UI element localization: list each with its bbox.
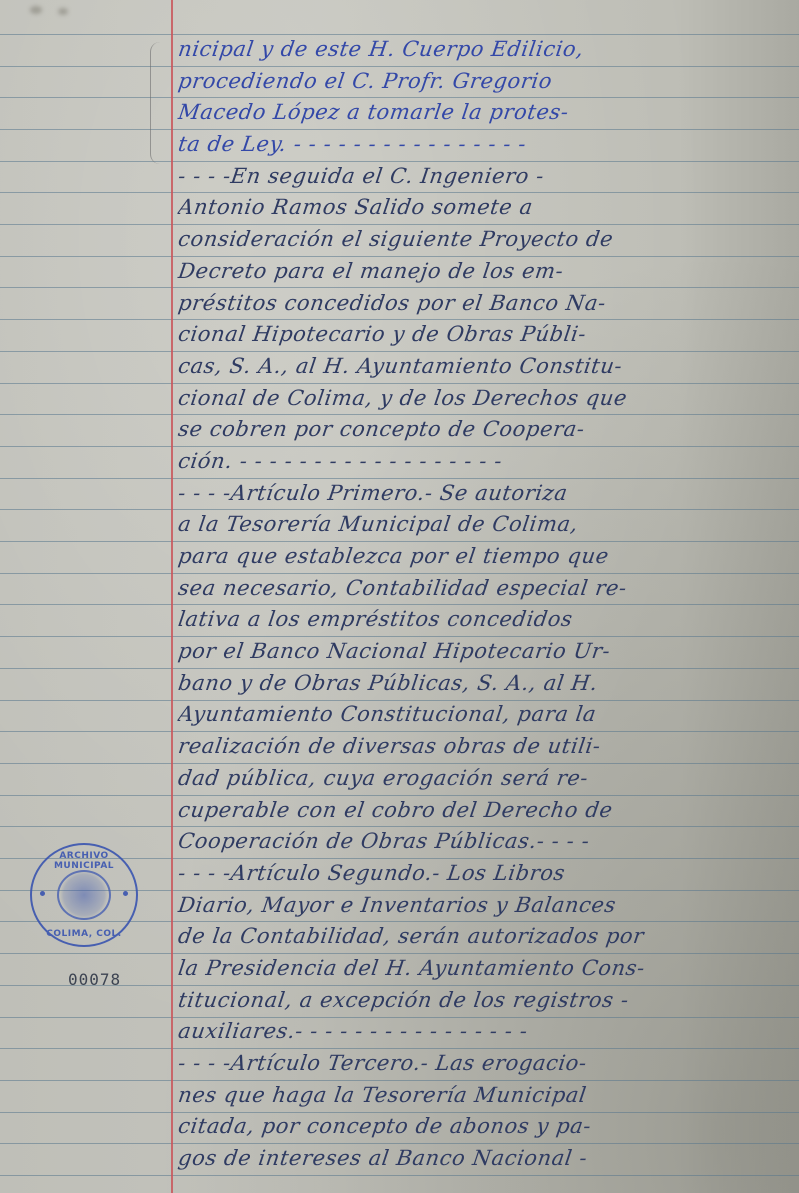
- handwritten-line: sea necesario, Contabilidad especial re-: [176, 573, 799, 605]
- archive-folio-number: 00078: [68, 970, 121, 989]
- handwritten-line: Antonio Ramos Salido somete a: [176, 192, 799, 224]
- handwritten-line: Ayuntamiento Constitucional, para la: [176, 699, 799, 731]
- handwritten-line: Diario, Mayor e Inventarios y Balances: [176, 890, 799, 922]
- handwritten-line: - - - -Artículo Segundo.- Los Libros: [176, 858, 799, 890]
- stamp-top-text: ARCHIVO MUNICIPAL: [32, 851, 136, 871]
- stamp-dot-right: [123, 891, 128, 896]
- handwritten-line: dad pública, cuya erogación será re-: [176, 763, 799, 795]
- handwritten-line: ta de Ley. - - - - - - - - - - - - - - -…: [176, 129, 799, 161]
- ledger-page: nicipal y de este H. Cuerpo Edilicio,pro…: [0, 0, 799, 1193]
- handwritten-line: Cooperación de Obras Públicas.- - - -: [176, 826, 799, 858]
- handwritten-line: cuperable con el cobro del Derecho de: [176, 795, 799, 827]
- ruled-line: [0, 1175, 799, 1176]
- archive-stamp: ARCHIVO MUNICIPAL COLIMA, COL.: [30, 843, 138, 947]
- handwritten-line: titucional, a excepción de los registros…: [176, 985, 799, 1017]
- handwritten-line: auxiliares.- - - - - - - - - - - - - - -…: [176, 1016, 799, 1048]
- smudge-mark: [58, 8, 68, 15]
- handwritten-line: cional Hipotecario y de Obras Públi-: [176, 319, 799, 351]
- handwritten-line: - - - -En seguida el C. Ingeniero -: [176, 161, 799, 193]
- handwritten-line: la Presidencia del H. Ayuntamiento Cons-: [176, 953, 799, 985]
- red-margin-line: [171, 0, 173, 1193]
- handwritten-line: - - - -Artículo Tercero.- Las erogacio-: [176, 1048, 799, 1080]
- handwritten-line: para que establezca por el tiempo que: [176, 541, 799, 573]
- stamp-seal-emblem: [57, 870, 111, 920]
- stamp-bottom-text: COLIMA, COL.: [32, 929, 136, 939]
- handwritten-line: nes que haga la Tesorería Municipal: [176, 1080, 799, 1112]
- handwritten-line: se cobren por concepto de Coopera-: [176, 414, 799, 446]
- handwritten-line: cional de Colima, y de los Derechos que: [176, 383, 799, 415]
- handwritten-line: de la Contabilidad, serán autorizados po…: [176, 921, 799, 953]
- handwritten-line: - - - -Artículo Primero.- Se autoriza: [176, 478, 799, 510]
- handwritten-line: gos de intereses al Banco Nacional -: [176, 1143, 799, 1175]
- handwritten-line: procediendo el C. Profr. Gregorio: [176, 66, 799, 98]
- handwritten-text-body: nicipal y de este H. Cuerpo Edilicio,pro…: [176, 34, 796, 1175]
- stamp-dot-left: [40, 891, 45, 896]
- handwritten-line: Macedo López a tomarle la protes-: [176, 97, 799, 129]
- handwritten-line: ción. - - - - - - - - - - - - - - - - - …: [176, 446, 799, 478]
- handwritten-line: lativa a los empréstitos concedidos: [176, 604, 799, 636]
- smudge-mark: [30, 6, 42, 14]
- handwritten-line: realización de diversas obras de utili-: [176, 731, 799, 763]
- handwritten-line: citada, por concepto de abonos y pa-: [176, 1111, 799, 1143]
- handwritten-line: préstitos concedidos por el Banco Na-: [176, 288, 799, 320]
- handwritten-line: nicipal y de este H. Cuerpo Edilicio,: [176, 34, 799, 66]
- handwritten-line: consideración el siguiente Proyecto de: [176, 224, 799, 256]
- handwritten-line: por el Banco Nacional Hipotecario Ur-: [176, 636, 799, 668]
- handwritten-line: a la Tesorería Municipal de Colima,: [176, 509, 799, 541]
- handwritten-line: bano y de Obras Públicas, S. A., al H.: [176, 668, 799, 700]
- margin-bracket: [150, 42, 165, 164]
- handwritten-line: Decreto para el manejo de los em-: [176, 256, 799, 288]
- handwritten-line: cas, S. A., al H. Ayuntamiento Constitu-: [176, 351, 799, 383]
